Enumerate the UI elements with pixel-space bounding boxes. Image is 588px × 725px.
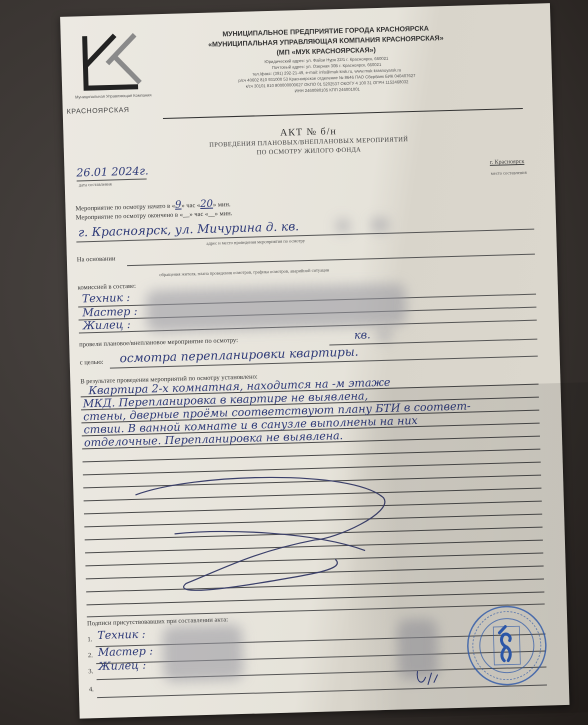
logo-caption: Муниципальная Управляющая Компания — [68, 92, 158, 100]
organization-header: МУНИЦИПАЛЬНОЕ ПРЕДПРИЯТИЕ ГОРОДА КРАСНОЯ… — [156, 23, 498, 98]
logo-city: КРАСНОЯРСКАЯ — [67, 106, 167, 116]
official-stamp-icon — [465, 603, 549, 687]
inspected-value: кв. — [354, 328, 371, 341]
act-date: 26.01 2024г. — [76, 164, 148, 179]
address-caption: адрес и место проведения мероприятия по … — [206, 238, 305, 246]
signature-role-1: Техник : — [97, 628, 146, 642]
signature-num-3: 3. — [88, 668, 93, 675]
basis-caption: обращения жителя, плана проведения осмот… — [159, 267, 329, 277]
act-title: АКТ № б/н ПРОВЕДЕНИЯ ПЛАНОВЫХ/ВНЕПЛАНОВЫ… — [63, 120, 554, 163]
start-min-suffix: » мин. — [213, 201, 231, 208]
handwritten-signature-mark — [413, 666, 454, 689]
redacted-commission-names — [146, 283, 407, 332]
signature-num-2: 2. — [88, 652, 93, 659]
place-caption: место составления — [491, 170, 527, 176]
date-caption: дата составления — [79, 181, 112, 187]
redacted-inspected-apartment — [377, 328, 391, 342]
act-place: г. Красноярск — [490, 159, 525, 166]
signature-role-3: Жилец : — [98, 659, 146, 673]
signature-role-2: Мастер : — [98, 644, 154, 659]
signature-num-4: 4. — [89, 686, 94, 693]
start-label: Мероприятие по осмотру начато в « — [75, 203, 175, 213]
header-divider — [163, 108, 523, 119]
blank-lines-strikeout-mark — [133, 467, 416, 595]
result-ruled-lines — [60, 3, 550, 17]
ruled-line — [83, 449, 541, 463]
commission-member-1: Техник : — [82, 291, 131, 305]
redacted-apartment-number — [371, 218, 389, 232]
company-logo-icon — [74, 26, 146, 98]
redacted-signer-names — [162, 624, 244, 682]
start-minutes: 20 — [200, 199, 213, 210]
start-hour-suffix: » час « — [181, 202, 200, 210]
inspection-act-document: Муниципальная Управляющая Компания КРАСН… — [60, 3, 569, 718]
redacted-house-number — [336, 219, 350, 233]
signature-num-1: 1. — [87, 636, 92, 643]
